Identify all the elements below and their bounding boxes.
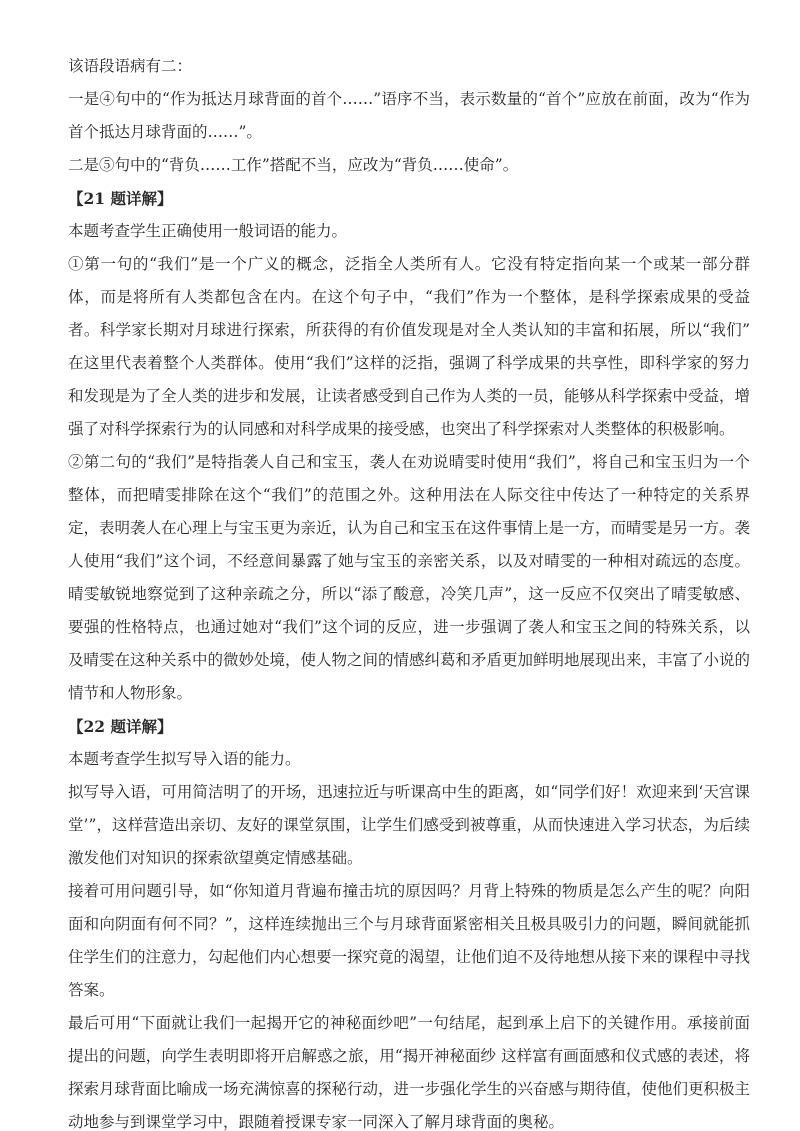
paragraph-error-2: 二是⑤句中的“背负……工作”搭配不当，应改为“背负……使命”。	[68, 149, 750, 182]
heading-question-21-explanation: 【21 题详解】	[68, 182, 750, 215]
paragraph-q21-ability: 本题考查学生正确使用一般词语的能力。	[68, 215, 750, 248]
paragraph-error-1: 一是④句中的“作为抵达月球背面的首个……”语序不当，表示数量的“首个”应放在前面…	[68, 83, 750, 149]
paragraph-errors-intro: 该语段语病有二：	[68, 50, 750, 83]
paragraph-q21-point-2: ②第二句的“我们”是特指袭人自己和宝玉，袭人在劝说晴雯时使用“我们”，将自己和宝…	[68, 446, 750, 710]
paragraph-q22-closing: 最后可用“下面就让我们一起揭开它的神秘面纱吧”一句结尾，起到承上启下的关键作用。…	[68, 1007, 750, 1131]
paragraph-q22-ability: 本题考查学生拟写导入语的能力。	[68, 743, 750, 776]
paragraph-q22-opening: 拟写导入语，可用简洁明了的开场，迅速拉近与听课高中生的距离，如“同学们好！欢迎来…	[68, 776, 750, 875]
document-page: 该语段语病有二： 一是④句中的“作为抵达月球背面的首个……”语序不当，表示数量的…	[0, 0, 800, 1131]
paragraph-q22-questions: 接着可用问题引导，如“你知道月背遍布撞击坑的原因吗？月背上特殊的物质是怎么产生的…	[68, 875, 750, 1007]
paragraph-q21-point-1: ①第一句的“我们”是一个广义的概念，泛指全人类所有人。它没有特定指向某一个或某一…	[68, 248, 750, 446]
document-content: 该语段语病有二： 一是④句中的“作为抵达月球背面的首个……”语序不当，表示数量的…	[68, 50, 750, 1131]
heading-question-22-explanation: 【22 题详解】	[68, 710, 750, 743]
